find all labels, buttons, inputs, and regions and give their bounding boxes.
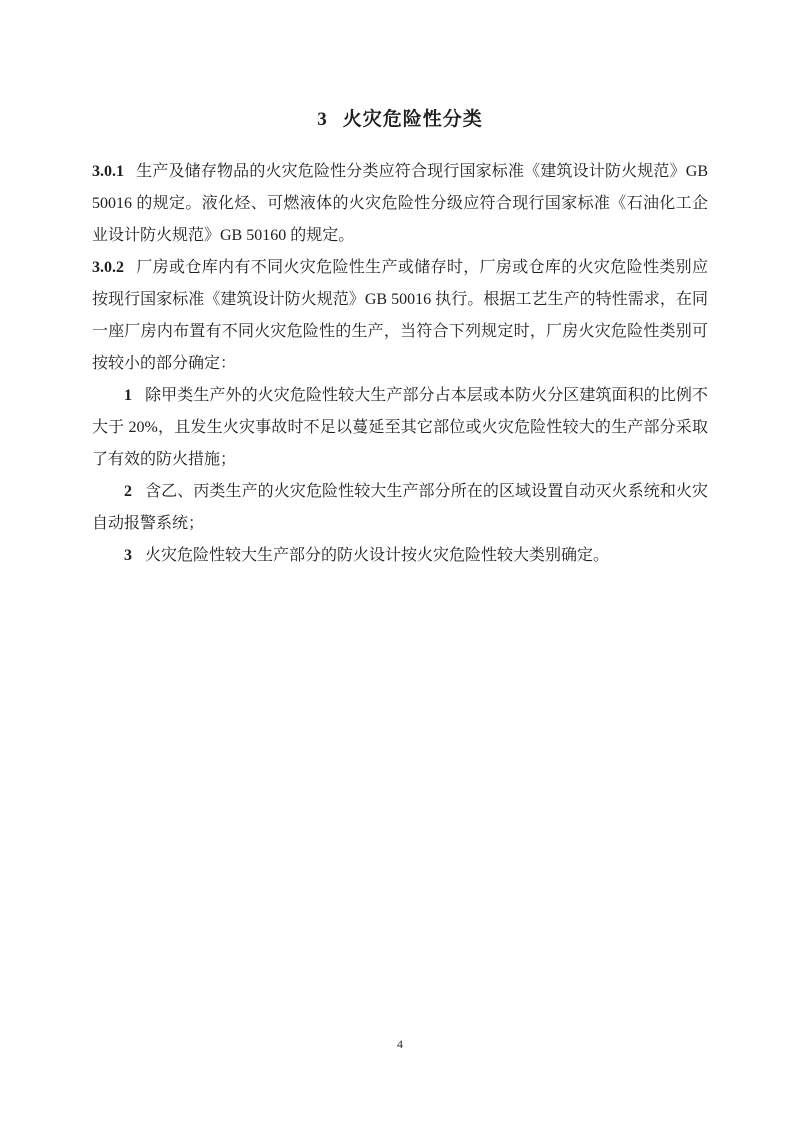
- list-item-1-number: 1: [124, 387, 132, 404]
- clause-3-0-2-text: 厂房或仓库内有不同火灾危险性生产或储存时，厂房或仓库的火灾危险性类别应按现行国家…: [92, 259, 708, 372]
- chapter-number: 3: [317, 109, 327, 130]
- chapter-title-text: 火灾危险性分类: [343, 109, 483, 130]
- list-item-3: 3火灾危险性较大生产部分的防火设计按火灾危险性较大类别确定。: [92, 540, 708, 572]
- chapter-heading: 3火灾危险性分类: [0, 103, 800, 137]
- clause-3-0-1-text: 生产及储存物品的火灾危险性分类应符合现行国家标准《建筑设计防火规范》GB 500…: [92, 163, 708, 244]
- list-item-3-text: 火灾危险性较大生产部分的防火设计按火灾危险性较大类别确定。: [145, 547, 609, 564]
- clause-3-0-1-label: 3.0.1: [92, 163, 124, 180]
- clause-3-0-1: 3.0.1生产及储存物品的火灾危险性分类应符合现行国家标准《建筑设计防火规范》G…: [92, 156, 708, 252]
- list-item-2-number: 2: [124, 483, 132, 500]
- clause-3-0-2: 3.0.2厂房或仓库内有不同火灾危险性生产或储存时，厂房或仓库的火灾危险性类别应…: [92, 252, 708, 380]
- list-item-3-number: 3: [124, 547, 132, 564]
- document-page: 3火灾危险性分类 3.0.1生产及储存物品的火灾危险性分类应符合现行国家标准《建…: [0, 0, 800, 1131]
- page-footer: 4: [0, 1036, 800, 1052]
- list-item-2: 2含乙、丙类生产的火灾危险性较大生产部分所在的区域设置自动灭火系统和火灾自动报警…: [92, 476, 708, 540]
- clause-3-0-2-label: 3.0.2: [92, 259, 124, 276]
- list-item-2-text: 含乙、丙类生产的火灾危险性较大生产部分所在的区域设置自动灭火系统和火灾自动报警系…: [92, 483, 708, 532]
- document-body: 3.0.1生产及储存物品的火灾危险性分类应符合现行国家标准《建筑设计防火规范》G…: [92, 156, 708, 572]
- page-number: 4: [397, 1037, 403, 1051]
- list-item-1: 1除甲类生产外的火灾危险性较大生产部分占本层或本防火分区建筑面积的比例不大于 2…: [92, 380, 708, 476]
- list-item-1-text: 除甲类生产外的火灾危险性较大生产部分占本层或本防火分区建筑面积的比例不大于 20…: [92, 387, 708, 468]
